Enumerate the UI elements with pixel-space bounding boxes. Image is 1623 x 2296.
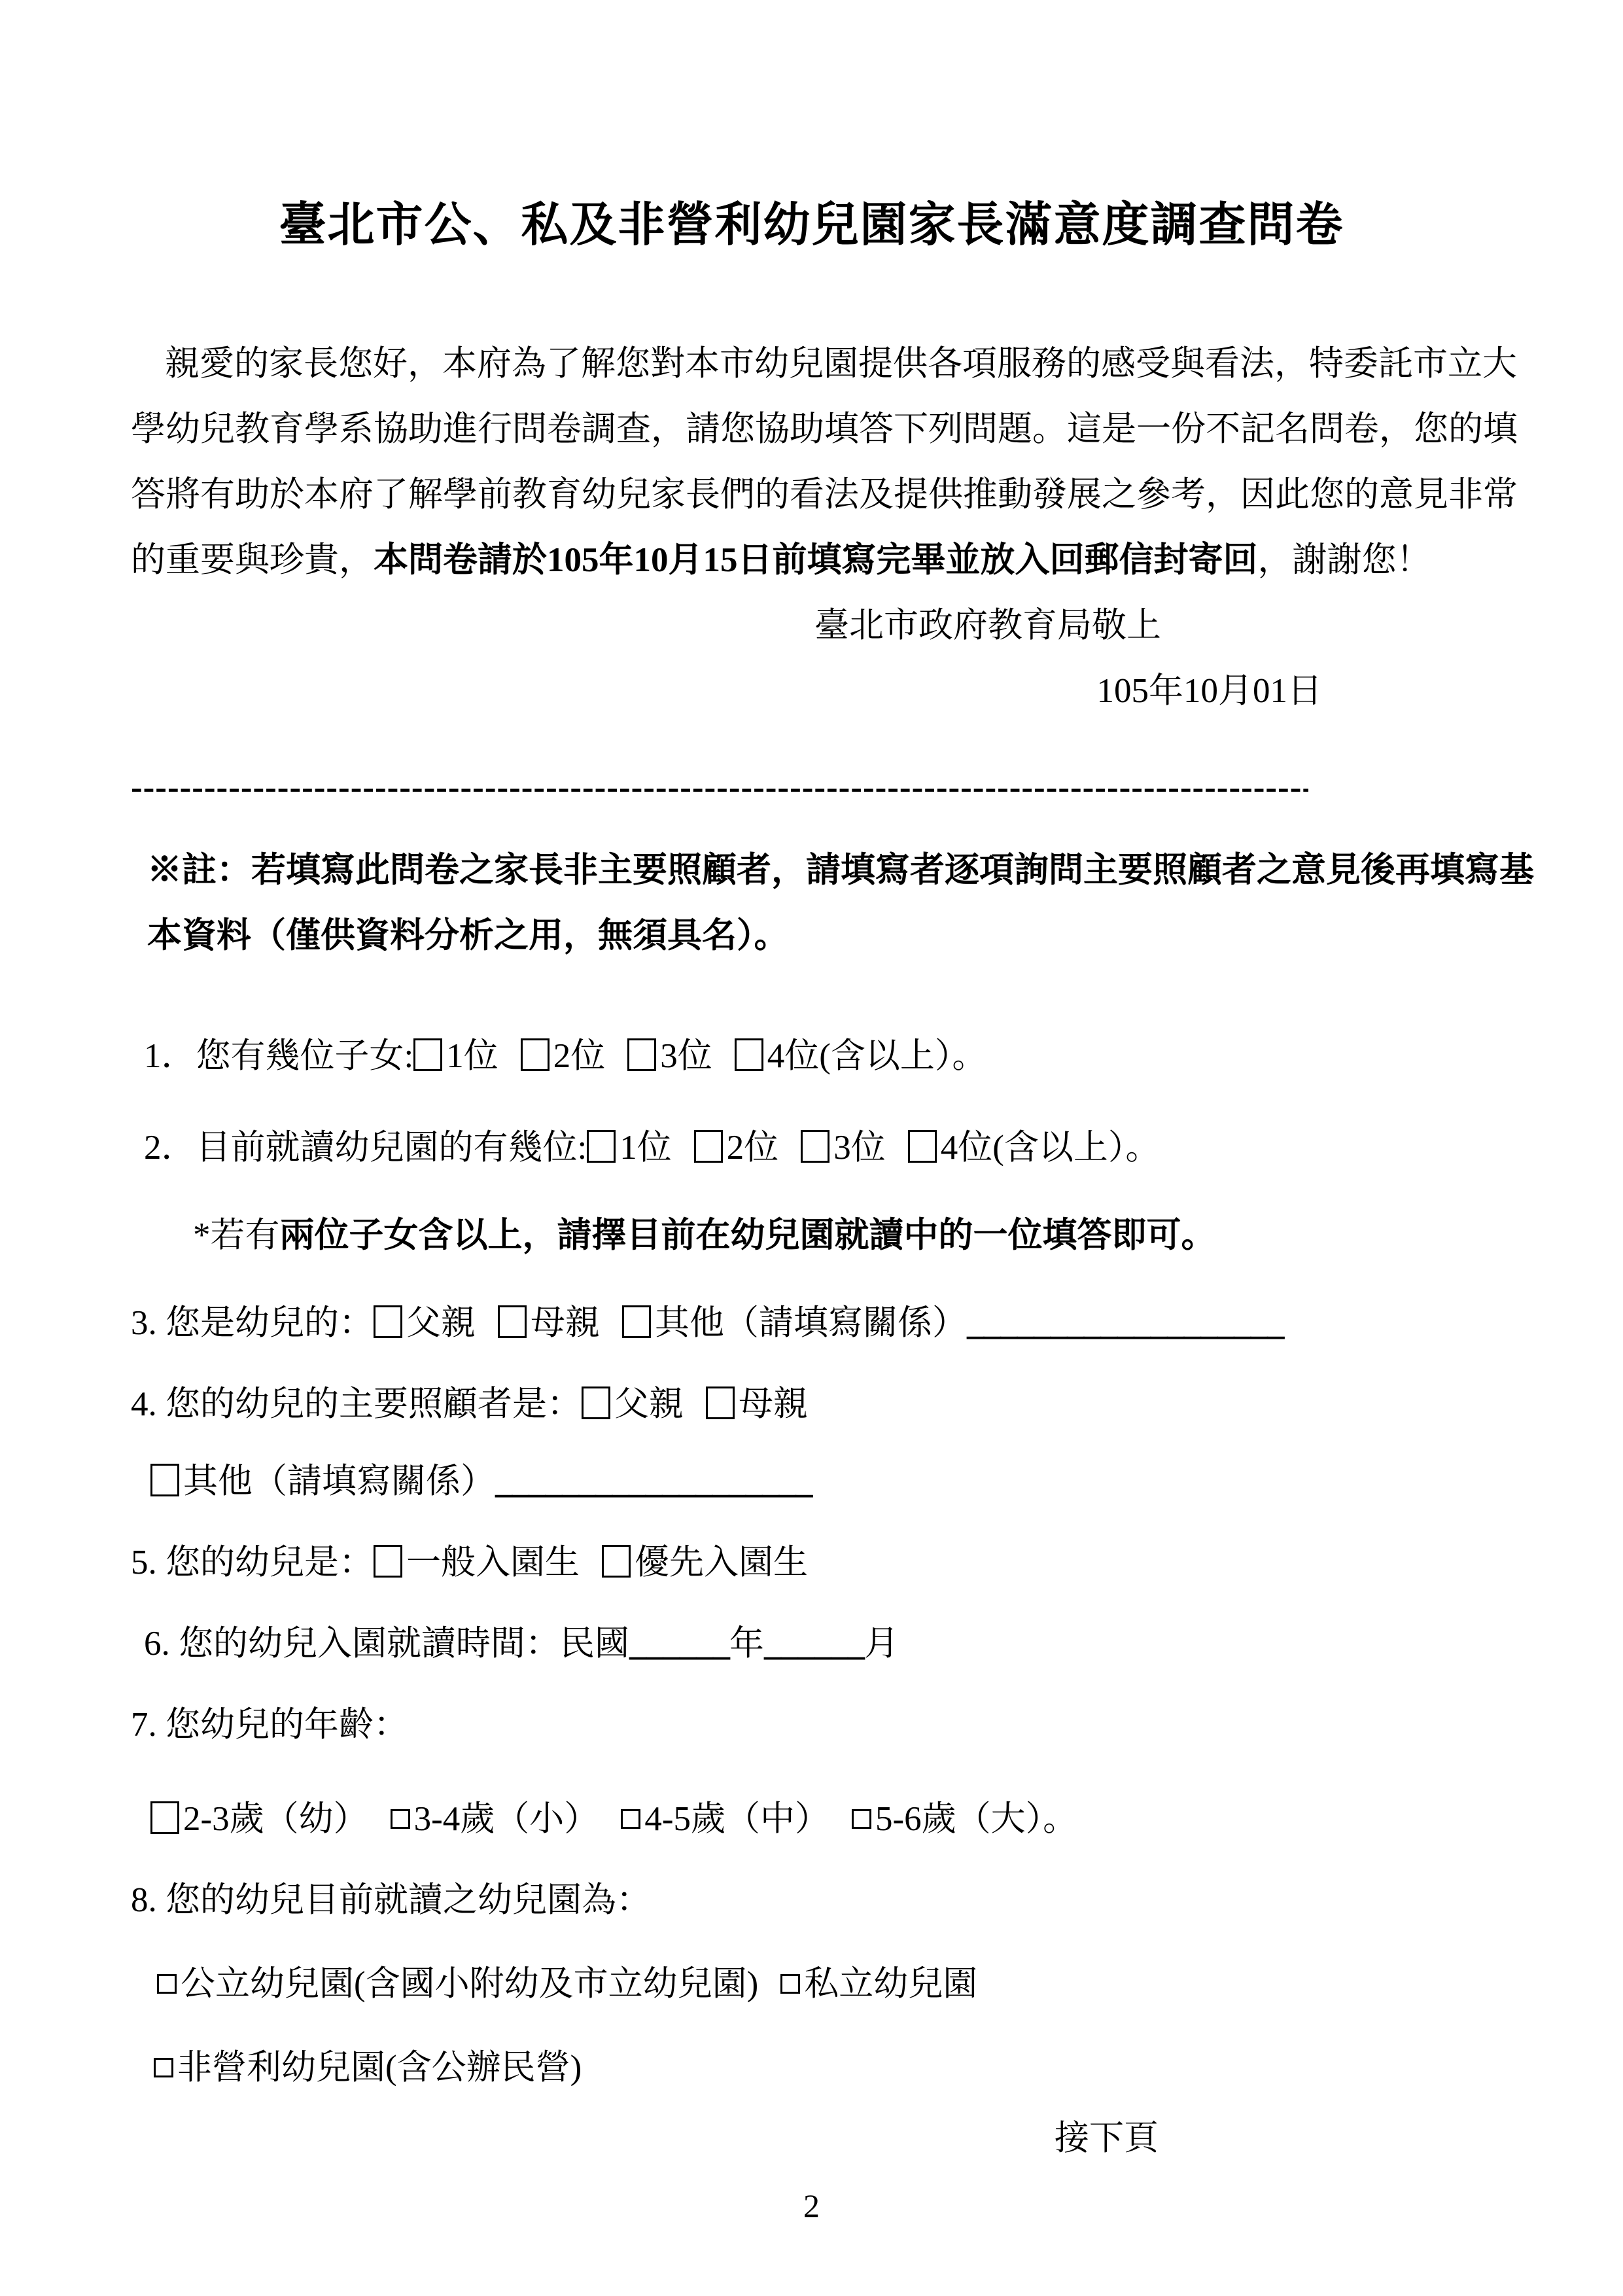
question-8: 8. 您的幼兒目前就讀之幼兒園為：: [131, 1867, 1492, 1933]
intro-line-4: 的重要與珍貴，本問卷請於105年10月15日前填寫完畢並放入回郵信封寄回，謝謝您…: [131, 527, 1492, 593]
question-3-option-2: 母親: [498, 1304, 600, 1342]
question-7-option-1: 2-3歲（幼）: [150, 1800, 368, 1838]
checkbox-icon[interactable]: [498, 1305, 527, 1338]
question-4-option-other: 其他（請填寫關係）: [150, 1462, 495, 1500]
question-7-option-4: 5-6歲（大）。: [852, 1800, 1077, 1838]
option-label: 2位: [553, 1037, 606, 1075]
option-label: 一般入園生: [406, 1544, 580, 1581]
option-label: 母親: [531, 1304, 600, 1342]
question-1-option-3: 3位: [627, 1037, 712, 1075]
question-5-option-2: 優先入園生: [602, 1544, 808, 1581]
question-4: 4. 您的幼兒的主要照顧者是：父親母親: [131, 1371, 1492, 1437]
checkbox-icon[interactable]: [908, 1130, 937, 1163]
option-label: 2-3歲（幼）: [183, 1800, 368, 1838]
question-6: 6. 您的幼兒入園就讀時間：民國______年______月: [131, 1611, 1492, 1676]
signature-line: 臺北市政府教育局敬上: [131, 593, 1492, 658]
fill-blank-month[interactable]: ______: [764, 1625, 864, 1663]
question-3-option-1: 父親: [374, 1304, 476, 1342]
option-label: 3-4歲（小）: [414, 1800, 599, 1838]
fill-blank-year[interactable]: ______: [629, 1625, 729, 1663]
question-2-option-3: 3位: [801, 1129, 886, 1167]
page-title: 臺北市公、私及非營利幼兒園家長滿意度調查問卷: [131, 196, 1492, 254]
question-1-option-4: 4位(含以上）。: [735, 1037, 987, 1075]
question-3-option-3: 其他（請填寫關係）: [622, 1304, 967, 1342]
checkbox-icon[interactable]: [582, 1386, 610, 1419]
question-2: 2．目前就讀幼兒園的有幾位:1位2位3位4位(含以上）。: [131, 1115, 1492, 1180]
checkbox-icon[interactable]: [780, 1974, 800, 1994]
option-label: 1位: [620, 1129, 672, 1167]
question-8-options-row-2: 非營利幼兒園(含公辦民營): [131, 2035, 1492, 2100]
question-5-text: 5. 您的幼兒是：: [131, 1544, 374, 1581]
question-8-options-row-1: 公立幼兒園(含國小附幼及市立幼兒園)私立幼兒園: [131, 1951, 1492, 2017]
page-number: 2: [131, 2183, 1492, 2229]
checkbox-icon[interactable]: [391, 1809, 410, 1829]
option-label: 父親: [614, 1385, 684, 1423]
checkbox-icon[interactable]: [627, 1038, 656, 1071]
option-label: 父親: [406, 1304, 476, 1342]
checkbox-icon[interactable]: [694, 1130, 723, 1163]
intro-line-3: 答將有助於本府了解學前教育幼兒家長們的看法及提供推動發展之參考，因此您的意見非常: [131, 462, 1492, 527]
question-2-text: 2．目前就讀幼兒園的有幾位:: [144, 1129, 587, 1167]
checkbox-icon[interactable]: [374, 1545, 402, 1578]
question-3-text: 3. 您是幼兒的：: [131, 1304, 374, 1342]
year-label: 年: [729, 1625, 764, 1663]
checkbox-icon[interactable]: [154, 2058, 173, 2077]
month-label: 月: [864, 1625, 899, 1663]
hint-prefix: *若有: [193, 1216, 280, 1254]
question-1-option-1: 1位: [413, 1037, 498, 1075]
checkbox-icon[interactable]: [801, 1130, 829, 1163]
question-6-text: 6. 您的幼兒入園就讀時間：民國: [144, 1625, 629, 1663]
checkbox-icon[interactable]: [852, 1809, 871, 1829]
question-2-option-1: 1位: [587, 1129, 672, 1167]
checkbox-icon[interactable]: [622, 1305, 651, 1338]
dashed-separator: ----------------------------------------…: [131, 767, 1308, 807]
intro-line4-post: ，謝謝您！: [1258, 541, 1431, 579]
fill-blank[interactable]: ___________________: [967, 1304, 1284, 1342]
question-2-option-4: 4位(含以上）。: [908, 1129, 1161, 1167]
question-7-text: 7. 您幼兒的年齡：: [131, 1706, 408, 1744]
multi-child-hint: *若有兩位子女含以上，請擇目前在幼兒園就讀中的一位填答即可。: [131, 1203, 1492, 1268]
question-4-option-2: 母親: [706, 1385, 808, 1423]
hint-bold: 兩位子女含以上，請擇目前在幼兒園就讀中的一位填答即可。: [280, 1216, 1216, 1254]
note-block: ※註：若填寫此問卷之家長非主要照顧者，請填寫者逐項詢問主要照顧者之意見後再填寫基…: [131, 838, 1492, 968]
checkbox-icon[interactable]: [374, 1305, 402, 1338]
option-label: 優先入園生: [635, 1544, 808, 1581]
question-3: 3. 您是幼兒的：父親母親其他（請填寫關係）__________________…: [131, 1290, 1492, 1356]
checkbox-icon[interactable]: [157, 1974, 177, 1994]
question-7-option-3: 4-5歲（中）: [621, 1800, 829, 1838]
question-7-options: 2-3歲（幼）3-4歲（小）4-5歲（中）5-6歲（大）。: [131, 1786, 1492, 1852]
question-1-text: 1．您有幾位子女:: [144, 1037, 413, 1075]
next-page-marker: 接下頁: [131, 2106, 1492, 2171]
checkbox-icon[interactable]: [521, 1038, 550, 1071]
checkbox-icon[interactable]: [413, 1038, 442, 1071]
question-7: 7. 您幼兒的年齡：: [131, 1692, 1492, 1757]
checkbox-icon[interactable]: [602, 1545, 631, 1578]
intro-deadline-bold: 本問卷請於105年10月15日前填寫完畢並放入回郵信封寄回: [374, 541, 1258, 579]
option-label: 私立幼兒園: [804, 1965, 977, 2003]
option-label: 5-6歲（大）。: [875, 1800, 1077, 1838]
note-line-2: 本資料（僅供資料分析之用，無須具名）。: [147, 903, 1492, 968]
intro-paragraph: 親愛的家長您好，本府為了解您對本市幼兒園提供各項服務的感受與看法，特委託市立大 …: [131, 331, 1492, 724]
question-1: 1．您有幾位子女:1位2位3位4位(含以上）。: [131, 1023, 1492, 1089]
checkbox-icon[interactable]: [706, 1386, 735, 1419]
option-label: 其他（請填寫關係）: [655, 1304, 967, 1342]
questionnaire-page: 臺北市公、私及非營利幼兒園家長滿意度調查問卷 親愛的家長您好，本府為了解您對本市…: [0, 0, 1623, 2296]
note-line-1: ※註：若填寫此問卷之家長非主要照顧者，請填寫者逐項詢問主要照顧者之意見後再填寫基: [147, 838, 1492, 903]
checkbox-icon[interactable]: [150, 1464, 179, 1496]
option-label: 2位: [727, 1129, 779, 1167]
option-label: 3位: [660, 1037, 712, 1075]
option-label: 4-5歲（中）: [644, 1800, 829, 1838]
question-4-other-row: 其他（請填寫關係）___________________: [131, 1449, 1492, 1514]
option-label: 其他（請填寫關係）: [183, 1462, 495, 1500]
option-label: 母親: [739, 1385, 808, 1423]
question-7-option-2: 3-4歲（小）: [391, 1800, 599, 1838]
question-4-option-1: 父親: [582, 1385, 684, 1423]
intro-line-1: 親愛的家長您好，本府為了解您對本市幼兒園提供各項服務的感受與看法，特委託市立大: [131, 331, 1492, 397]
question-4-text: 4. 您的幼兒的主要照顧者是：: [131, 1385, 582, 1423]
question-8-option-3: 非營利幼兒園(含公辦民營): [154, 2049, 582, 2087]
question-1-option-2: 2位: [521, 1037, 606, 1075]
option-label: 公立幼兒園(含國小附幼及市立幼兒園): [181, 1965, 758, 2003]
checkbox-icon[interactable]: [150, 1801, 179, 1834]
fill-blank[interactable]: ___________________: [495, 1462, 812, 1500]
date-line: 105年10月01日: [131, 658, 1492, 724]
option-label: 非營利幼兒園(含公辦民營): [177, 2049, 582, 2087]
option-label: 4位(含以上）。: [767, 1037, 987, 1075]
checkbox-icon[interactable]: [587, 1130, 616, 1163]
intro-line-2: 學幼兒教育學系協助進行問卷調查，請您協助填答下列問題。這是一份不記名問卷，您的填: [131, 397, 1492, 462]
option-label: 3位: [833, 1129, 886, 1167]
option-label: 1位: [446, 1037, 498, 1075]
question-2-option-2: 2位: [694, 1129, 779, 1167]
question-5: 5. 您的幼兒是：一般入園生優先入園生: [131, 1530, 1492, 1595]
question-8-option-1: 公立幼兒園(含國小附幼及市立幼兒園): [157, 1965, 758, 2003]
question-8-option-2: 私立幼兒園: [780, 1965, 977, 2003]
checkbox-icon[interactable]: [735, 1038, 763, 1071]
option-label: 4位(含以上）。: [941, 1129, 1161, 1167]
question-5-option-1: 一般入園生: [374, 1544, 580, 1581]
intro-line4-pre: 的重要與珍貴，: [131, 541, 374, 579]
question-8-text: 8. 您的幼兒目前就讀之幼兒園為：: [131, 1881, 651, 1919]
checkbox-icon[interactable]: [621, 1809, 640, 1829]
